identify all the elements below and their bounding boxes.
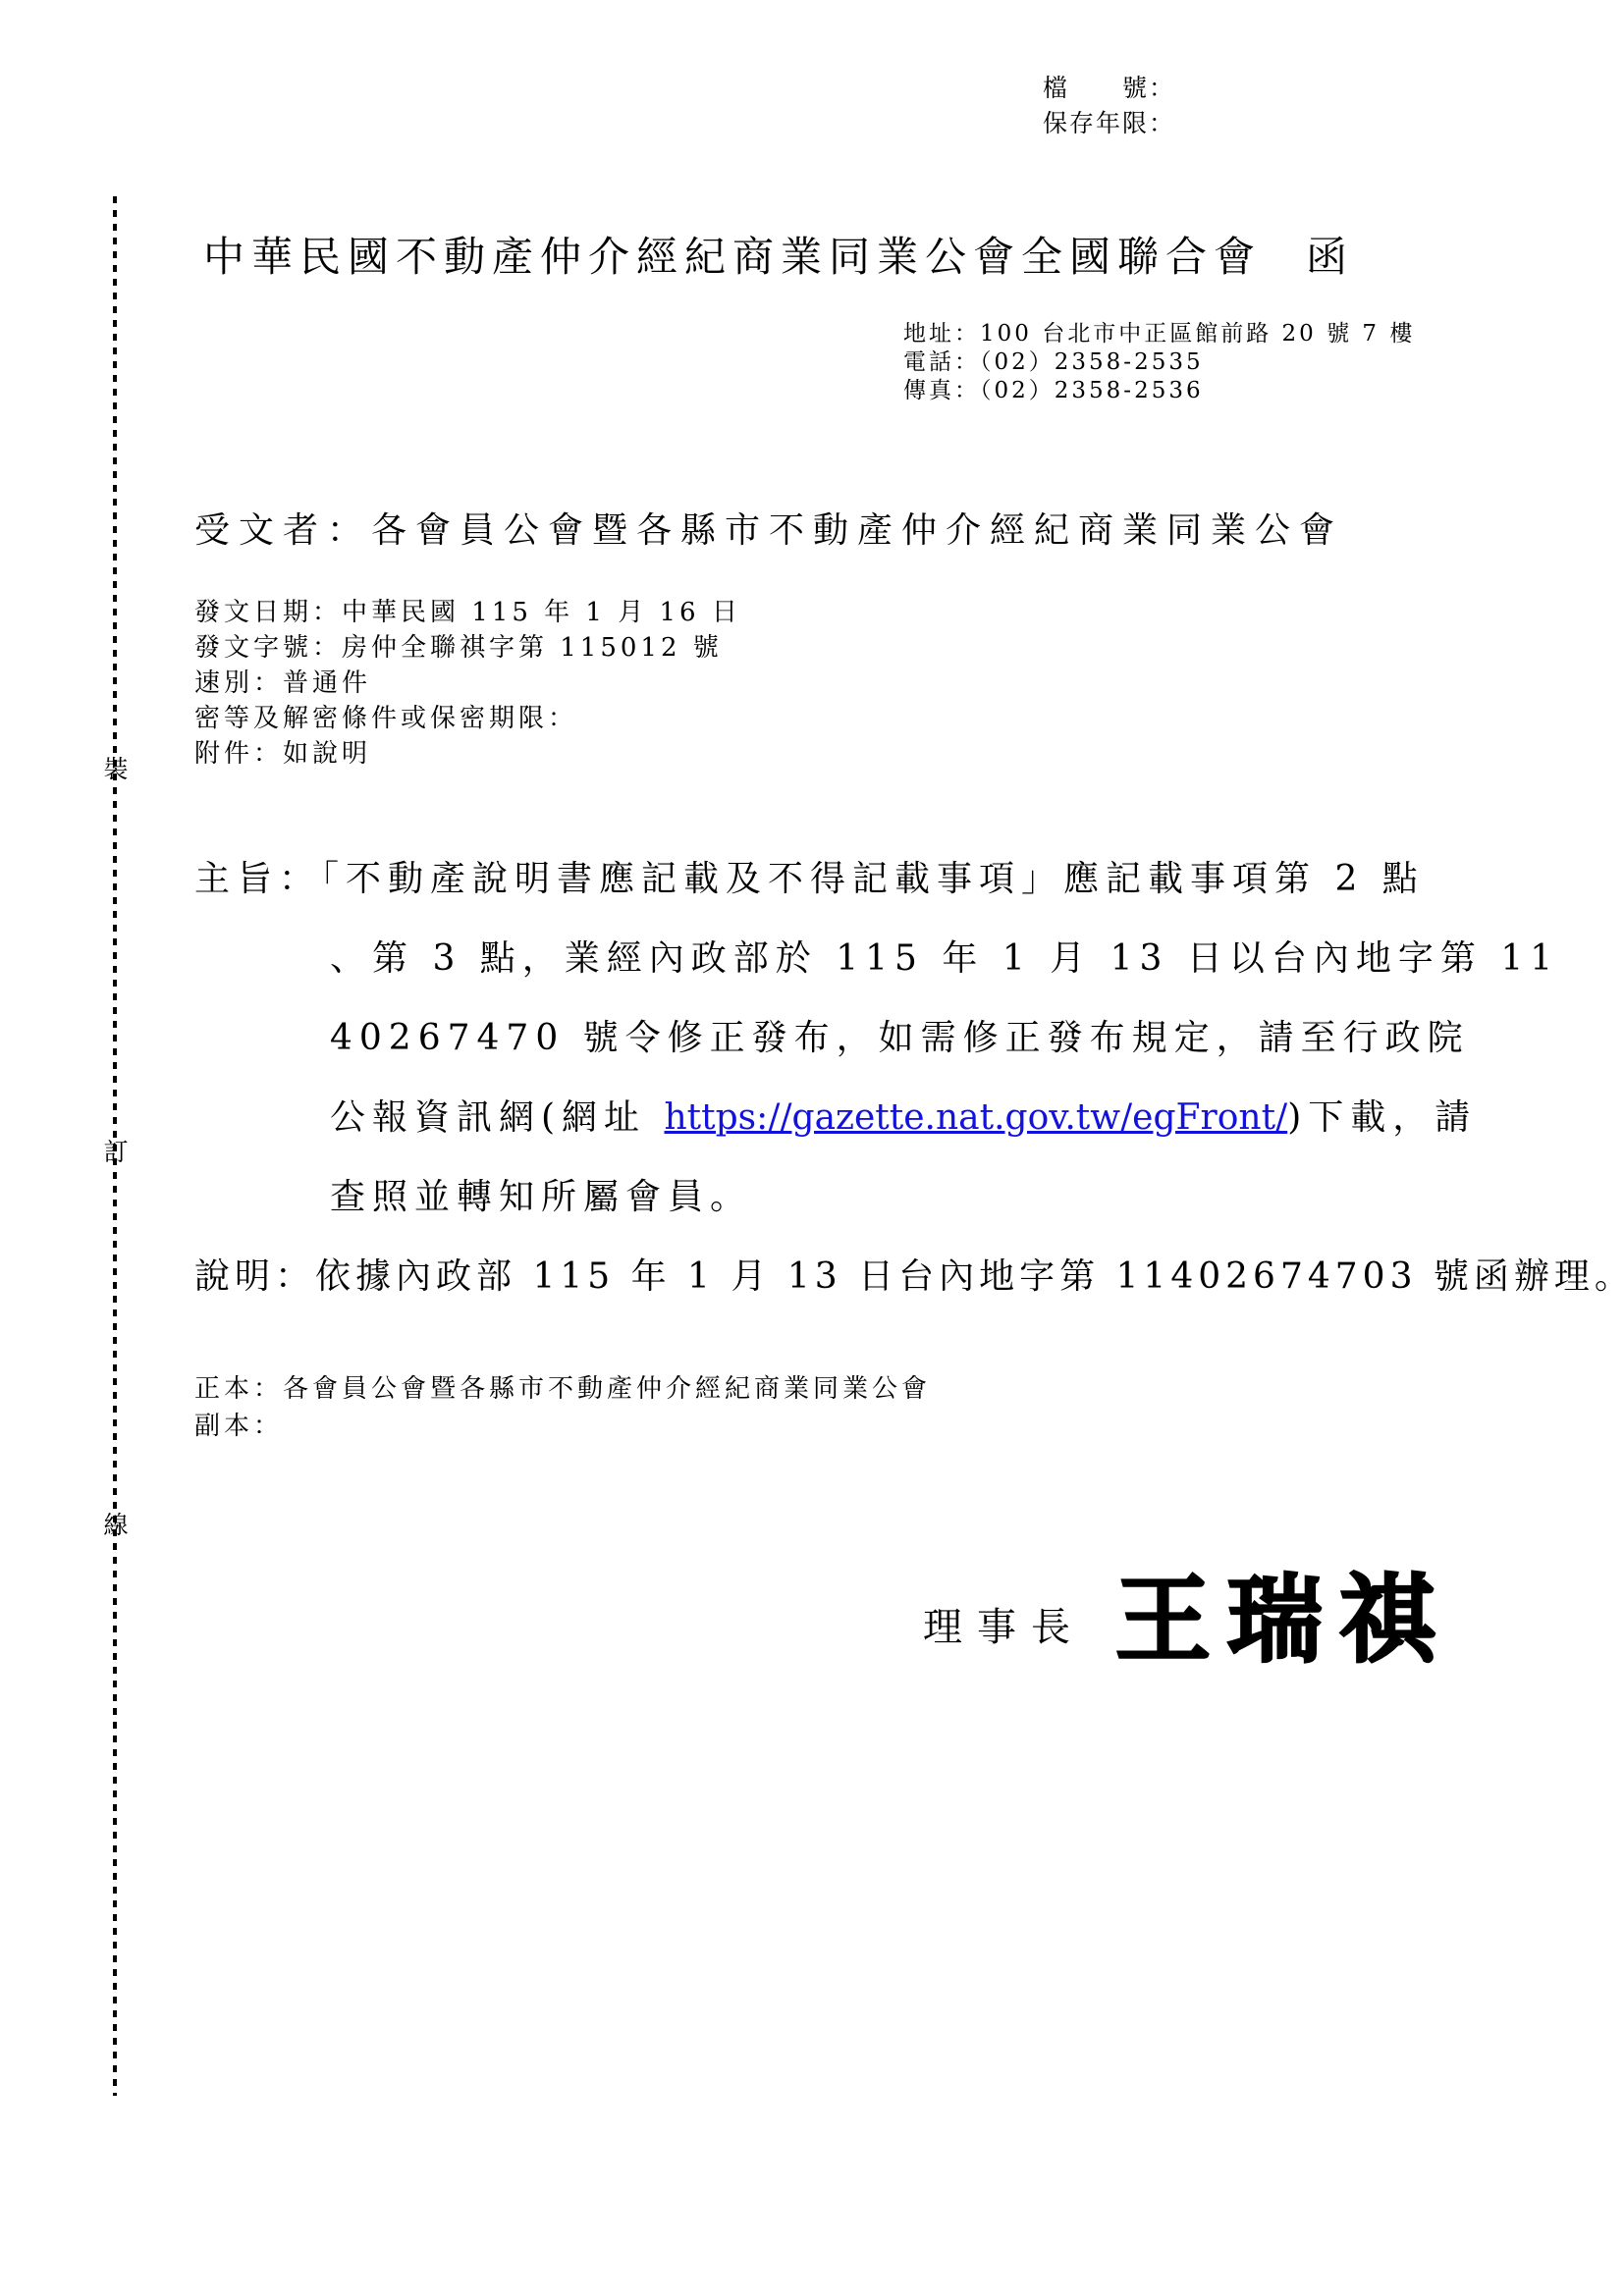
description-line: 說明：依據內政部 115 年 1 月 13 日台內地字第 11402674703… [194,1237,1624,1316]
binding-mark-zhuang: 裝 [100,756,132,783]
subject-line-1: 主旨：「不動產說明書應記載及不得記載事項」應記載事項第 2 點 [194,839,1530,919]
security-class-line: 密等及解密條件或保密期限： [194,701,741,736]
official-letter-page: 檔 號： 保存年限： 裝 訂 線 中華民國不動產仲介經紀商業同業公會全國聯合會函… [0,0,1624,2296]
organization-name: 中華民國不動產仲介經紀商業同業公會全國聯合會 [203,233,1262,281]
cc-copy-line: 副本： [194,1408,931,1445]
fax-line: 傳真：（02）2358-2536 [903,377,1415,405]
recipient-line: 受文者：各會員公會暨各縣市不動產仲介經紀商業同業公會 [194,510,1343,552]
retention-years-label: 保存年限： [1043,106,1175,141]
binding-mark-xian: 線 [100,1512,132,1539]
binding-mark-ding: 訂 [100,1139,132,1166]
subject-line-4: 公報資訊網(網址 https://gazette.nat.gov.tw/egFr… [194,1078,1530,1157]
phone-line: 電話：（02）2358-2535 [903,348,1415,377]
file-number-label: 檔 號： [1043,71,1175,106]
subject-line-5: 查照並轉知所屬會員。 [194,1157,1530,1237]
file-header: 檔 號： 保存年限： [1043,71,1175,141]
subject-line-2: 、第 3 點，業經內政部於 115 年 1 月 13 日以台內地字第 11 [194,919,1530,998]
subject-line-3: 40267470 號令修正發布，如需修正發布規定，請至行政院 [194,998,1530,1078]
gazette-link[interactable]: https://gazette.nat.gov.tw/egFront/ [665,1097,1288,1138]
letterhead-title: 中華民國不動產仲介經紀商業同業公會全國聯合會函 [203,236,1354,279]
subject-section: 主旨：「不動產說明書應記載及不得記載事項」應記載事項第 2 點 、第 3 點，業… [194,839,1530,1237]
document-type: 函 [1306,233,1354,281]
issue-date-line: 發文日期：中華民國 115 年 1 月 16 日 [194,595,741,630]
address-line: 地址：100 台北市中正區館前路 20 號 7 樓 [903,320,1415,348]
original-copy-line: 正本：各會員公會暨各縣市不動產仲介經紀商業同業公會 [194,1370,931,1408]
document-meta: 發文日期：中華民國 115 年 1 月 16 日 發文字號：房仲全聯祺字第 11… [194,595,741,772]
chairman-name-signature: 王瑞祺 [1115,1543,1451,1681]
contact-block: 地址：100 台北市中正區館前路 20 號 7 樓 電話：（02）2358-25… [903,320,1415,405]
speed-class-line: 速別：普通件 [194,666,741,701]
doc-number-line: 發文字號：房仲全聯祺字第 115012 號 [194,630,741,666]
attachment-line: 附件：如說明 [194,736,741,772]
copies-section: 正本：各會員公會暨各縣市不動產仲介經紀商業同業公會 副本： [194,1370,931,1445]
subject-label: 主旨： [194,859,321,899]
chairman-title: 理事長 [923,1596,1085,1652]
